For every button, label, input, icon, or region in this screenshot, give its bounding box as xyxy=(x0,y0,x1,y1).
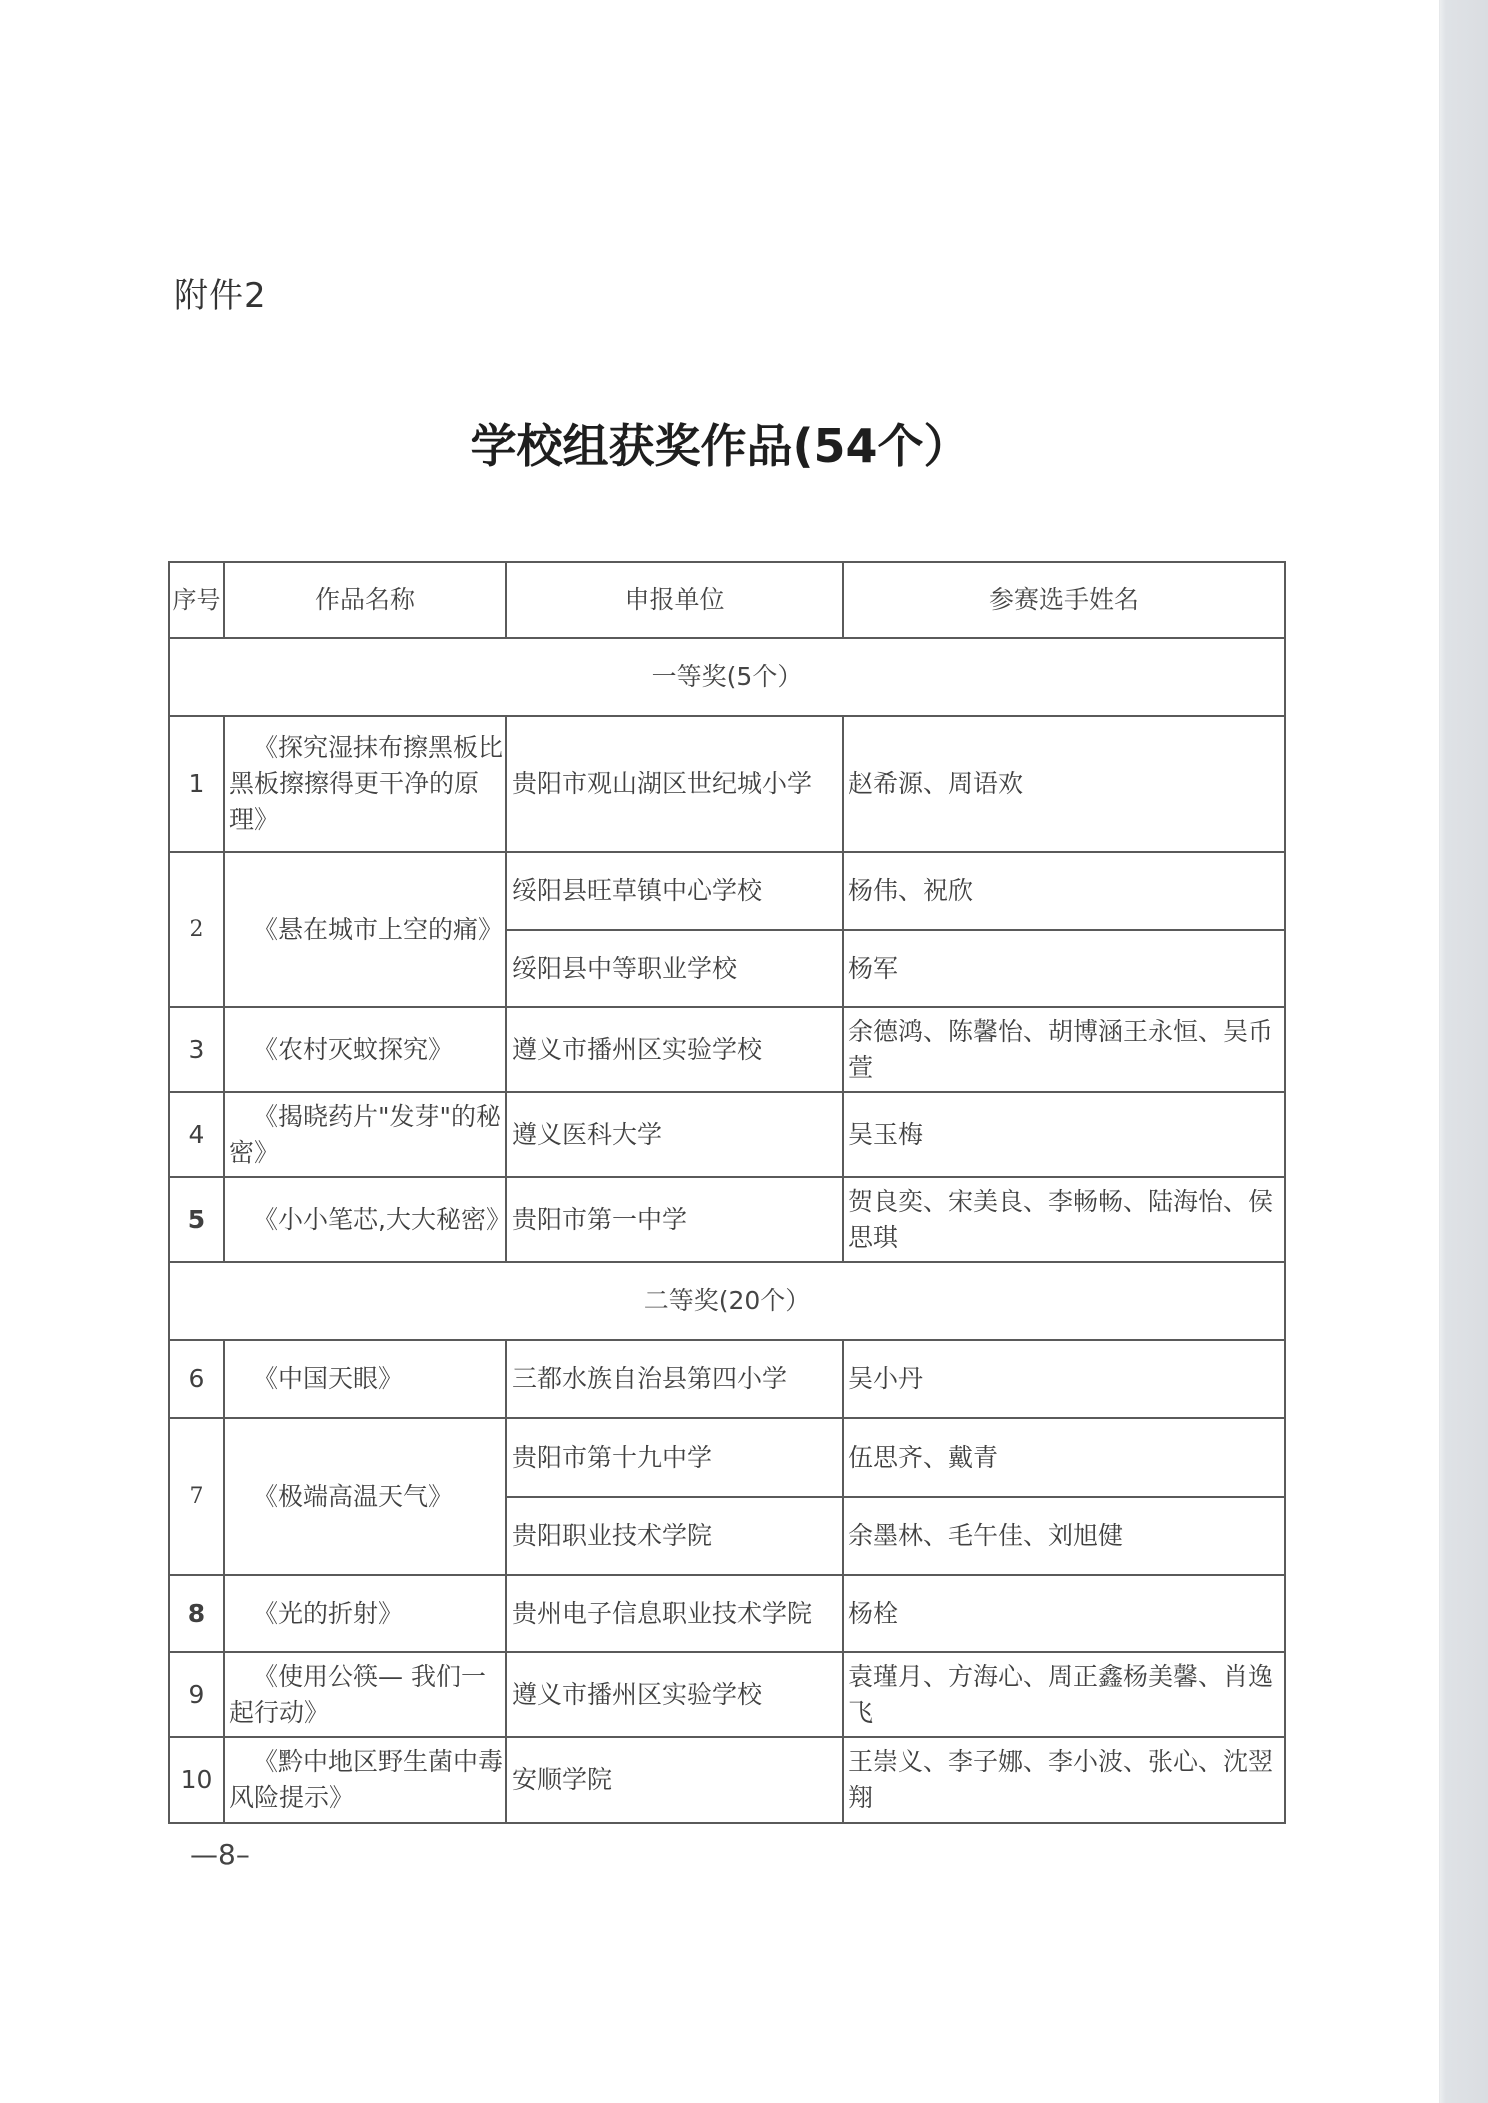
row-number: 1 xyxy=(169,716,224,852)
work-name: 《使用公筷— 我们一起行动》 xyxy=(224,1652,506,1737)
header-unit: 申报单位 xyxy=(506,562,843,638)
row-number: 7 xyxy=(169,1418,224,1575)
table-row: 4 《揭晓药片"发芽"的秘密》 遵义医科大学 吴玉梅 xyxy=(169,1092,1285,1177)
work-name: 《光的折射》 xyxy=(224,1575,506,1652)
unit-name: 贵州电子信息职业技术学院 xyxy=(506,1575,843,1652)
awards-table: 序号 作品名称 申报单位 参赛选手姓名 一等奖(5个） 1 《探究湿抹布擦黑板比… xyxy=(168,561,1286,1824)
table-row: 6 《中国天眼》 三都水族自治县第四小学 吴小丹 xyxy=(169,1340,1285,1418)
table-row: 2 《悬在城市上空的痛》 绥阳县旺草镇中心学校 杨伟、祝欣 xyxy=(169,852,1285,930)
row-number: 4 xyxy=(169,1092,224,1177)
unit-name: 贵阳职业技术学院 xyxy=(506,1497,843,1575)
unit-name: 贵阳市第十九中学 xyxy=(506,1418,843,1497)
unit-name: 贵阳市观山湖区世纪城小学 xyxy=(506,716,843,852)
table-row: 3 《农村灭蚊探究》 遵义市播州区实验学校 余德鸿、陈馨怡、胡博涵王永恒、吴币萱 xyxy=(169,1007,1285,1092)
table-row: 8 《光的折射》 贵州电子信息职业技术学院 杨栓 xyxy=(169,1575,1285,1652)
header-work-name: 作品名称 xyxy=(224,562,506,638)
document-title: 学校组获奖作品(54个） xyxy=(0,410,1420,476)
participants: 杨伟、祝欣 xyxy=(843,852,1285,930)
scanned-page-edge xyxy=(1439,0,1488,2103)
unit-name: 三都水族自治县第四小学 xyxy=(506,1340,843,1418)
section-row-second-prize: 二等奖(20个） xyxy=(169,1262,1285,1340)
unit-name: 遵义市播州区实验学校 xyxy=(506,1652,843,1737)
work-name: 《探究湿抹布擦黑板比黑板擦擦得更干净的原理》 xyxy=(224,716,506,852)
participants: 吴玉梅 xyxy=(843,1092,1285,1177)
work-name: 《黔中地区野生菌中毒风险提示》 xyxy=(224,1737,506,1823)
participants: 袁瑾月、方海心、周正鑫杨美馨、肖逸飞 xyxy=(843,1652,1285,1737)
participants: 王崇义、李子娜、李小波、张心、沈翌翔 xyxy=(843,1737,1285,1823)
table-row: 10 《黔中地区野生菌中毒风险提示》 安顺学院 王崇义、李子娜、李小波、张心、沈… xyxy=(169,1737,1285,1823)
table-row: 9 《使用公筷— 我们一起行动》 遵义市播州区实验学校 袁瑾月、方海心、周正鑫杨… xyxy=(169,1652,1285,1737)
header-no: 序号 xyxy=(169,562,224,638)
work-name: 《中国天眼》 xyxy=(224,1340,506,1418)
attachment-label: 附件2 xyxy=(174,268,267,317)
work-name: 《悬在城市上空的痛》 xyxy=(224,852,506,1007)
participants: 赵希源、周语欢 xyxy=(843,716,1285,852)
work-name: 《农村灭蚊探究》 xyxy=(224,1007,506,1092)
row-number: 2 xyxy=(169,852,224,1007)
row-number: 8 xyxy=(169,1575,224,1652)
page-number: —8– xyxy=(190,1838,250,1871)
unit-name: 遵义市播州区实验学校 xyxy=(506,1007,843,1092)
participants: 贺良奕、宋美良、李畅畅、陆海怡、侯思琪 xyxy=(843,1177,1285,1262)
participants: 杨栓 xyxy=(843,1575,1285,1652)
participants: 杨军 xyxy=(843,930,1285,1007)
participants: 余墨林、毛午佳、刘旭健 xyxy=(843,1497,1285,1575)
unit-name: 安顺学院 xyxy=(506,1737,843,1823)
table-row: 7 《极端高温天气》 贵阳市第十九中学 伍思齐、戴青 xyxy=(169,1418,1285,1497)
header-participants: 参赛选手姓名 xyxy=(843,562,1285,638)
work-name: 《揭晓药片"发芽"的秘密》 xyxy=(224,1092,506,1177)
work-name: 《小小笔芯,大大秘密》 xyxy=(224,1177,506,1262)
row-number: 5 xyxy=(169,1177,224,1262)
unit-name: 贵阳市第一中学 xyxy=(506,1177,843,1262)
row-number: 6 xyxy=(169,1340,224,1418)
participants: 余德鸿、陈馨怡、胡博涵王永恒、吴币萱 xyxy=(843,1007,1285,1092)
section-label: 一等奖(5个） xyxy=(169,638,1285,716)
table-row: 1 《探究湿抹布擦黑板比黑板擦擦得更干净的原理》 贵阳市观山湖区世纪城小学 赵希… xyxy=(169,716,1285,852)
row-number: 10 xyxy=(169,1737,224,1823)
table-row: 5 《小小笔芯,大大秘密》 贵阳市第一中学 贺良奕、宋美良、李畅畅、陆海怡、侯思… xyxy=(169,1177,1285,1262)
row-number: 9 xyxy=(169,1652,224,1737)
unit-name: 遵义医科大学 xyxy=(506,1092,843,1177)
participants: 伍思齐、戴青 xyxy=(843,1418,1285,1497)
participants: 吴小丹 xyxy=(843,1340,1285,1418)
work-name: 《极端高温天气》 xyxy=(224,1418,506,1575)
table-header-row: 序号 作品名称 申报单位 参赛选手姓名 xyxy=(169,562,1285,638)
section-row-first-prize: 一等奖(5个） xyxy=(169,638,1285,716)
row-number: 3 xyxy=(169,1007,224,1092)
section-label: 二等奖(20个） xyxy=(169,1262,1285,1340)
unit-name: 绥阳县旺草镇中心学校 xyxy=(506,852,843,930)
unit-name: 绥阳县中等职业学校 xyxy=(506,930,843,1007)
